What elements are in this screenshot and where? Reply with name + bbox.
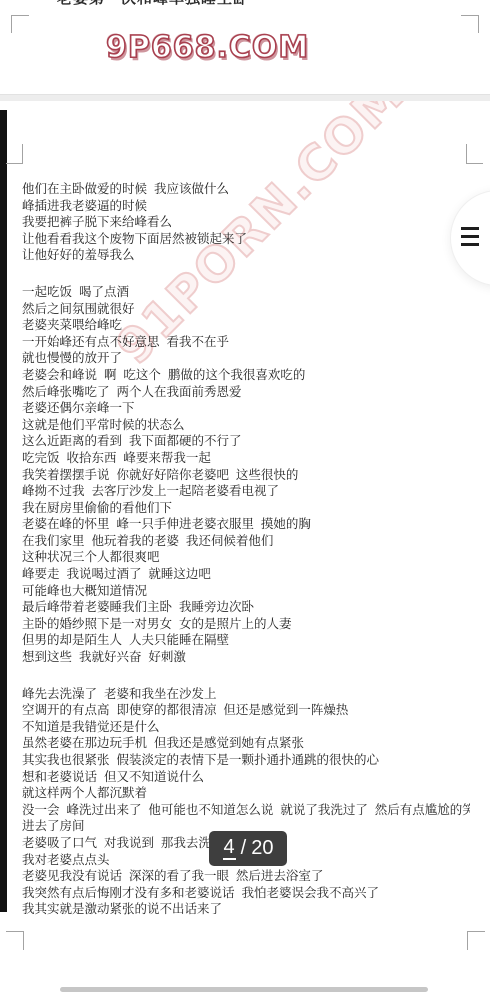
left-edge-strip [0, 110, 7, 912]
text-line: 就这样两个人都沉默着 [22, 785, 470, 802]
progress-bar[interactable] [60, 987, 428, 992]
text-line: 峰拗不过我 去客厅沙发上一起陪老婆看电视了 [22, 483, 470, 500]
text-line: 空调开的有点高 即使穿的都很清凉 但还是感觉到一阵燥热 [22, 702, 470, 719]
stitch-mark-mid-left [6, 144, 23, 164]
text-line: 不知道是我错觉还是什么 [22, 719, 470, 736]
text-line: 老婆会和峰说 啊 吃这个 鹏做的这个我很喜欢吃的 [22, 367, 470, 384]
clipped-page-title: 老婆第一次和峰单独睡主卧 [57, 0, 249, 8]
paragraph: 他们在主卧做爱的时候 我应该做什么峰插进我老婆逼的时候我要把裤子脱下来给峰看么让… [22, 181, 470, 264]
text-line: 我笑着摆摆手说 你就好好陪你老婆吧 这些很快的 [22, 467, 470, 484]
text-line: 主卧的婚纱照下是一对男女 女的是照片上的人妻 [22, 616, 470, 633]
text-line: 这种状况三个人都很爽吧 [22, 549, 470, 566]
text-line: 这么近距离的看到 我下面都硬的不行了 [22, 433, 470, 450]
text-line: 老婆在峰的怀里 峰一只手伸进老婆衣服里 摸她的胸 [22, 516, 470, 533]
text-line: 老婆夹菜喂给峰吃 [22, 317, 470, 334]
page-separator: / [241, 837, 247, 860]
reader-page: 老婆第一次和峰单独睡主卧 9P668.COM 91PORN.COM 他们在主卧做… [0, 0, 490, 1000]
text-line: 没一会 峰洗过出来了 他可能也不知道怎么说 就说了我洗过了 然后有点尴尬的笑了下… [22, 802, 470, 819]
text-line: 其实我也很紧张 假装淡定的表情下是一颗扑通扑通跳的很快的心 [22, 752, 470, 769]
site-logo: 9P668.COM [106, 30, 309, 65]
reader-text: 他们在主卧做爱的时候 我应该做什么峰插进我老婆逼的时候我要把裤子脱下来给峰看么让… [22, 181, 470, 938]
text-line: 我要把裤子脱下来给峰看么 [22, 214, 470, 231]
text-line: 然后峰张嘴吃了 两个人在我面前秀恩爱 [22, 384, 470, 401]
text-line: 让他好好的羞辱我么 [22, 247, 470, 264]
site-header: 老婆第一次和峰单独睡主卧 9P668.COM [0, 0, 490, 94]
header-divider [0, 94, 490, 101]
text-line: 在我们家里 他玩着我的老婆 我还伺候着他们 [22, 533, 470, 550]
page-indicator: 4 / 20 [209, 831, 287, 866]
text-line: 他们在主卧做爱的时候 我应该做什么 [22, 181, 470, 198]
page-total: 20 [251, 837, 273, 860]
text-line: 虽然老婆在那边玩手机 但我还是感觉到她有点紧张 [22, 735, 470, 752]
stitch-mark-bottom-right [467, 931, 485, 950]
text-line: 峰要走 我说喝过酒了 就睡这边吧 [22, 566, 470, 583]
text-line: 但男的却是陌生人 人夫只能睡在隔壁 [22, 632, 470, 649]
paragraph: 峰先去洗澡了 老婆和我坐在沙发上空调开的有点高 即使穿的都很清凉 但还是感觉到一… [22, 686, 470, 918]
page-current: 4 [223, 837, 236, 860]
text-line: 吃完饭 收拾东西 峰要来帮我一起 [22, 450, 470, 467]
stitch-mark-mid-right [466, 144, 483, 164]
text-line: 峰插进我老婆逼的时候 [22, 198, 470, 215]
text-line: 老婆见我没有说话 深深的看了我一眼 然后进去浴室了 [22, 868, 470, 885]
text-line: 想到这些 我就好兴奋 好刺激 [22, 649, 470, 666]
text-line: 让他看看我这个废物下面居然被锁起来了 [22, 231, 470, 248]
text-line: 我突然有点后悔刚才没有多和老婆说话 我怕老婆误会我不高兴了 [22, 885, 470, 902]
text-line: 可能峰也大概知道情况 [22, 583, 470, 600]
paragraph: 一起吃饭 喝了点酒然后之间氛围就很好老婆夹菜喂给峰吃一开始峰还有点不好意思 看我… [22, 284, 470, 666]
text-line: 最后峰带着老婆睡我们主卧 我睡旁边次卧 [22, 599, 470, 616]
text-line: 我在厨房里偷偷的看他们下 [22, 500, 470, 517]
text-line: 然后之间氛围就很好 [22, 301, 470, 318]
text-line: 老婆还偶尔亲峰一下 [22, 400, 470, 417]
text-line: 想和老婆说话 但又不知道说什么 [22, 769, 470, 786]
text-line: 一开始峰还有点不好意思 看我不在乎 [22, 334, 470, 351]
stitch-mark-bottom-left [6, 931, 24, 950]
text-line: 一起吃饭 喝了点酒 [22, 284, 470, 301]
text-line: 我其实就是激动紧张的说不出话来了 [22, 901, 470, 918]
stitch-mark-top-right [461, 15, 479, 33]
text-line: 就也慢慢的放开了 [22, 350, 470, 367]
text-line: 峰先去洗澡了 老婆和我坐在沙发上 [22, 686, 470, 703]
stitch-mark-top-left [11, 15, 29, 33]
text-line: 这就是他们平常时候的状态么 [22, 417, 470, 434]
hamburger-icon [461, 227, 479, 250]
